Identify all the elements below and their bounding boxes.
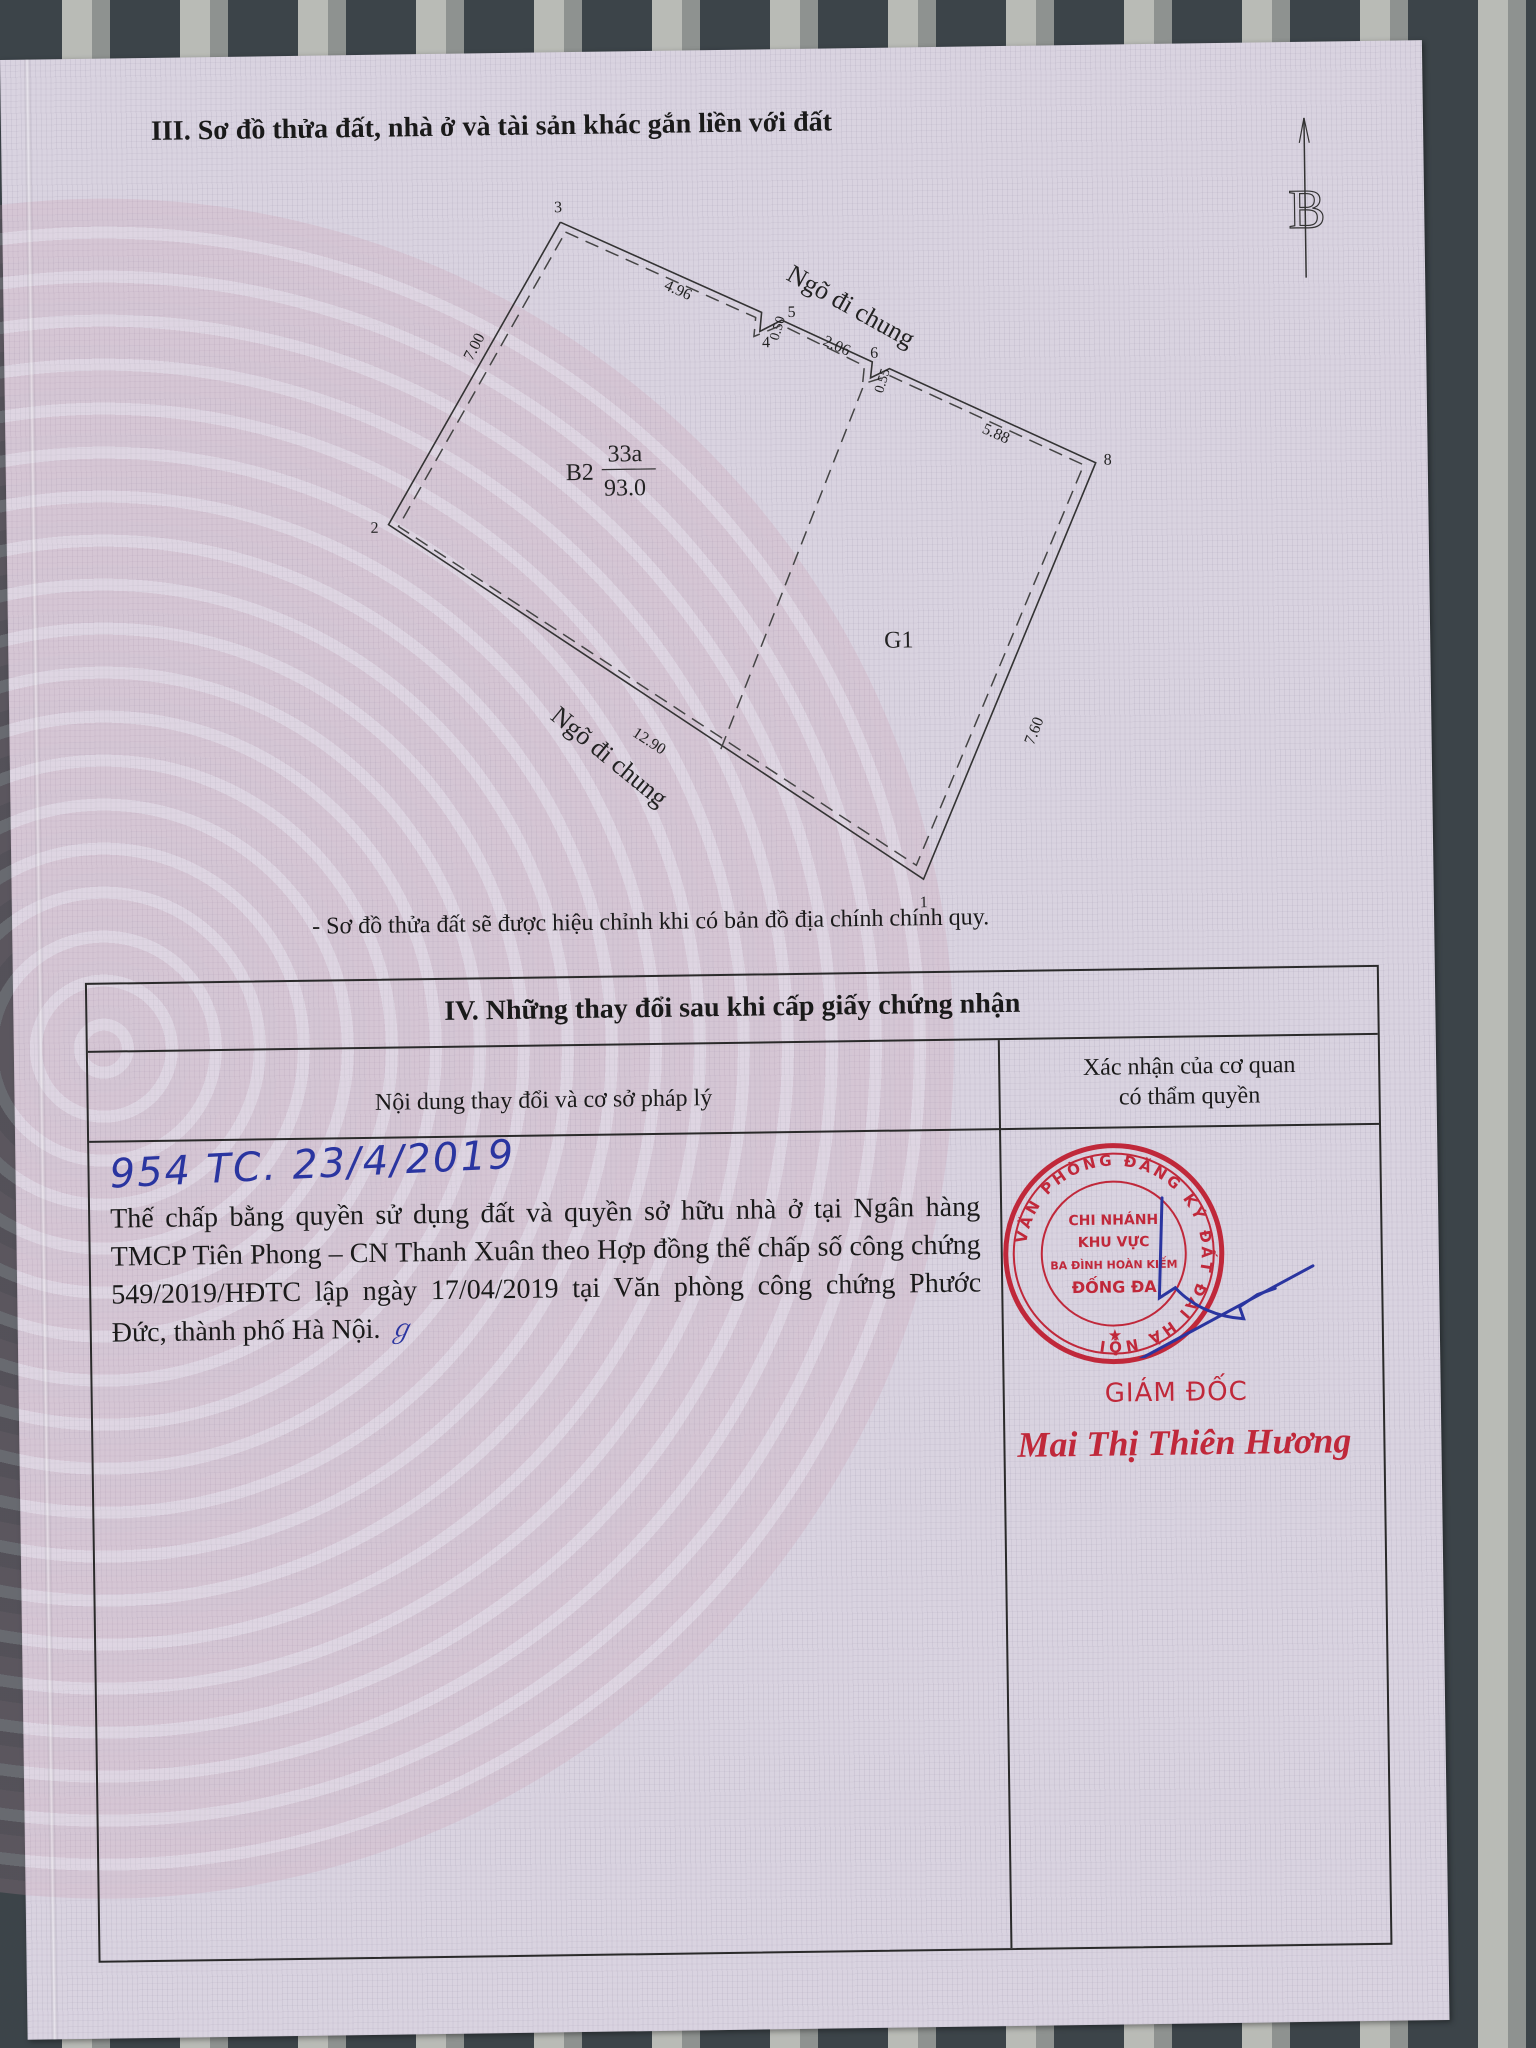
authority-confirmation-column: Xác nhận của cơ quan có thẩm quyền VĂN P… (1000, 1035, 1391, 1948)
change-entry: Thế chấp bằng quyền sử dụng đất và quyền… (110, 1188, 982, 1352)
svg-text:7.60: 7.60 (1022, 715, 1048, 747)
building-label: G1 (884, 627, 914, 653)
svg-text:5: 5 (787, 304, 795, 321)
road-label-south: Ngõ đi chung (545, 701, 673, 813)
svg-text:5.88: 5.88 (980, 420, 1013, 447)
authority-header: Xác nhận của cơ quan có thẩm quyền (1000, 1035, 1379, 1130)
authority-header-line2: có thẩm quyền (1119, 1081, 1261, 1113)
svg-text:7.00: 7.00 (461, 331, 489, 364)
certificate-page: III. Sơ đồ thửa đất, nhà ở và tài sản kh… (0, 40, 1450, 2040)
signer-name: Mai Thị Thiên Hương (1017, 1419, 1352, 1466)
authority-header-line1: Xác nhận của cơ quan (1083, 1050, 1296, 1083)
changes-content-column: Nội dung thay đổi và cơ sở pháp lý 954 T… (88, 1040, 1013, 1961)
plot-code: B2 (566, 460, 594, 486)
road-label-north: Ngõ đi chung (782, 259, 920, 353)
signer-role: GIÁM ĐỐC (1105, 1377, 1248, 1409)
svg-text:3: 3 (554, 199, 562, 216)
change-entry-text: Thế chấp bằng quyền sử dụng đất và quyền… (110, 1191, 981, 1348)
handwritten-initials: ℊ (387, 1314, 413, 1344)
svg-text:2.06: 2.06 (820, 333, 853, 360)
svg-text:2: 2 (370, 520, 378, 537)
changes-content-header: Nội dung thay đổi và cơ sở pháp lý (88, 1040, 999, 1143)
parcel-area: 93.0 (604, 475, 646, 502)
svg-text:12.90: 12.90 (629, 724, 668, 758)
parcel-number: 33a (607, 441, 642, 467)
svg-text:0.50: 0.50 (767, 315, 789, 343)
changes-table: IV. Những thay đổi sau khi cấp giấy chứn… (85, 965, 1393, 1963)
svg-text:8: 8 (1104, 452, 1112, 469)
handwritten-signature (1041, 1155, 1344, 1359)
svg-text:4.96: 4.96 (662, 277, 695, 304)
land-plot-diagram: 1 2 3 4 5 6 8 4.96 0.50 2.06 0.55 5.88 7… (0, 40, 1434, 960)
svg-text:6: 6 (870, 345, 878, 362)
svg-text:0.55: 0.55 (872, 367, 894, 395)
